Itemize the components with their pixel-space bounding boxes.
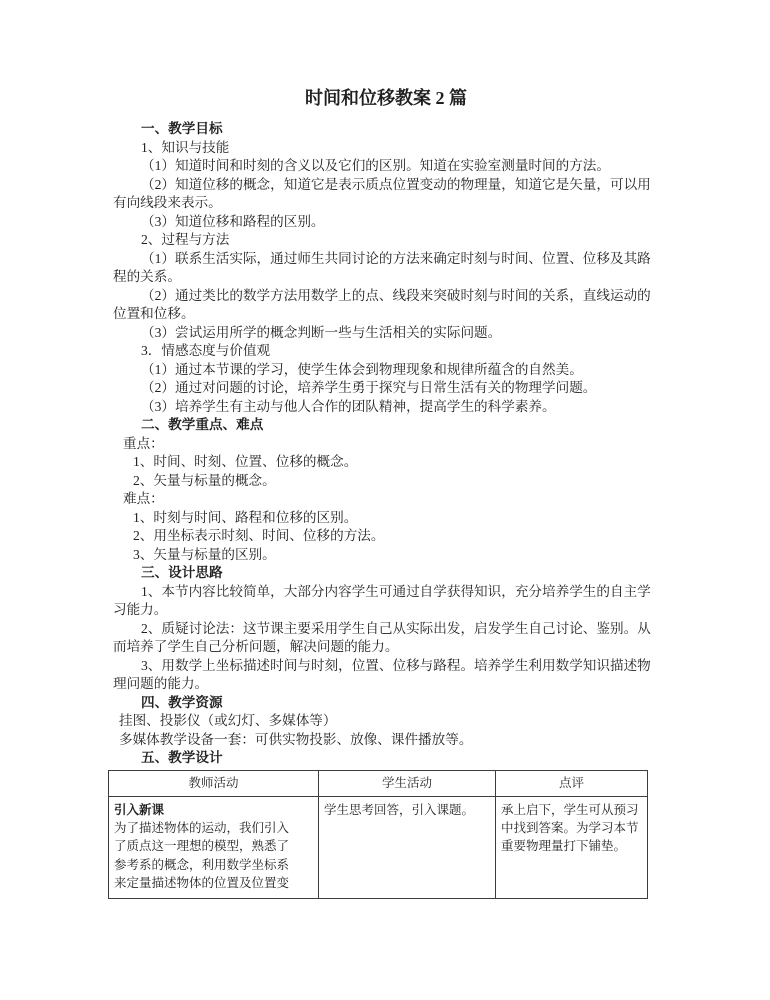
- doc-line: （3）知道位移和路程的区别。: [113, 213, 659, 232]
- doc-line: 1、时间、时刻、位置、位移的概念。: [113, 453, 659, 472]
- doc-line: 四、教学资源: [113, 694, 659, 713]
- doc-line: （1）通过本节课的学习，使学生体会到物理现象和规律所蕴含的自然美。: [113, 361, 659, 380]
- document-content: 时间和位移教案 2 篇 一、教学目标1、知识与技能（1）知道时间和时刻的含义以及…: [0, 0, 659, 899]
- doc-line: 重点：: [113, 435, 659, 454]
- table-row: 引入新课 为了描述物体的运动，我们引入 了质点这一理想的模型，熟悉了 参考系的概…: [109, 796, 648, 898]
- page-title: 时间和位移教案 2 篇: [113, 86, 659, 111]
- cell-comment-text: 承上启下，学生可从预习 中找到答案。为学习本节 重要物理量打下铺垫。: [501, 801, 642, 856]
- cell-teacher-activity: 引入新课 为了描述物体的运动，我们引入 了质点这一理想的模型，熟悉了 参考系的概…: [109, 796, 319, 898]
- cell-student-activity-text: 学生思考回答，引入课题。: [324, 801, 490, 819]
- cell-teacher-activity-heading: 引入新课: [114, 801, 313, 819]
- doc-line: 难点：: [113, 490, 659, 509]
- doc-line: 一、教学目标: [113, 120, 659, 139]
- doc-line: 1、知识与技能: [113, 139, 659, 158]
- cell-student-activity: 学生思考回答，引入课题。: [319, 796, 496, 898]
- cell-comment: 承上启下，学生可从预习 中找到答案。为学习本节 重要物理量打下铺垫。: [496, 796, 648, 898]
- table-header-comment: 点评: [496, 770, 648, 796]
- doc-line: 3、矢量与标量的区别。: [113, 546, 659, 565]
- doc-line: 2、过程与方法: [113, 231, 659, 250]
- document-page: 时间和位移教案 2 篇 一、教学目标1、知识与技能（1）知道时间和时刻的含义以及…: [0, 0, 770, 1000]
- doc-line: 2、用坐标表示时刻、时间、位移的方法。: [113, 527, 659, 546]
- document-body: 一、教学目标1、知识与技能（1）知道时间和时刻的含义以及它们的区别。知道在实验室…: [113, 120, 659, 768]
- doc-line: 1、本节内容比较简单，大部分内容学生可通过自学获得知识，充分培养学生的自主学 习…: [113, 583, 659, 620]
- teaching-design-table: 教师活动 学生活动 点评 引入新课 为了描述物体的运动，我们引入 了质点这一理想…: [108, 770, 648, 899]
- cell-teacher-activity-text: 为了描述物体的运动，我们引入 了质点这一理想的模型，熟悉了 参考系的概念，利用数…: [114, 819, 313, 893]
- doc-line: （1）联系生活实际，通过师生共同讨论的方法来确定时刻与时间、位置、位移及其路 程…: [113, 250, 659, 287]
- doc-line: 五、教学设计: [113, 749, 659, 768]
- doc-line: 1、时刻与时间、路程和位移的区别。: [113, 509, 659, 528]
- table-header-student-activity: 学生活动: [319, 770, 496, 796]
- doc-line: 3、用数学上坐标描述时间与时刻，位置、位移与路程。培养学生利用数学知识描述物 理…: [113, 657, 659, 694]
- doc-line: 多媒体教学设备一套：可供实物投影、放像、课件播放等。: [113, 731, 659, 750]
- doc-line: （2）通过类比的数学方法用数学上的点、线段来突破时刻与时间的关系，直线运动的 位…: [113, 287, 659, 324]
- doc-line: 二、教学重点、难点: [113, 416, 659, 435]
- doc-line: （1）知道时间和时刻的含义以及它们的区别。知道在实验室测量时间的方法。: [113, 157, 659, 176]
- doc-line: 挂图、投影仪（或幻灯、多媒体等）: [113, 712, 659, 731]
- doc-line: （2）知道位移的概念，知道它是表示质点位置变动的物理量，知道它是矢量，可以用 有…: [113, 176, 659, 213]
- doc-line: 2、矢量与标量的概念。: [113, 472, 659, 491]
- doc-line: 2、质疑讨论法：这节课主要采用学生自己从实际出发，启发学生自己讨论、鉴别。从 而…: [113, 620, 659, 657]
- doc-line: 3．情感态度与价值观: [113, 342, 659, 361]
- doc-line: （3）培养学生有主动与他人合作的团队精神，提高学生的科学素养。: [113, 398, 659, 417]
- doc-line: （3）尝试运用所学的概念判断一些与生活相关的实际问题。: [113, 324, 659, 343]
- table-header-teacher-activity: 教师活动: [109, 770, 319, 796]
- doc-line: （2）通过对问题的讨论，培养学生勇于探究与日常生活有关的物理学问题。: [113, 379, 659, 398]
- table-header-row: 教师活动 学生活动 点评: [109, 770, 648, 796]
- doc-line: 三、设计思路: [113, 564, 659, 583]
